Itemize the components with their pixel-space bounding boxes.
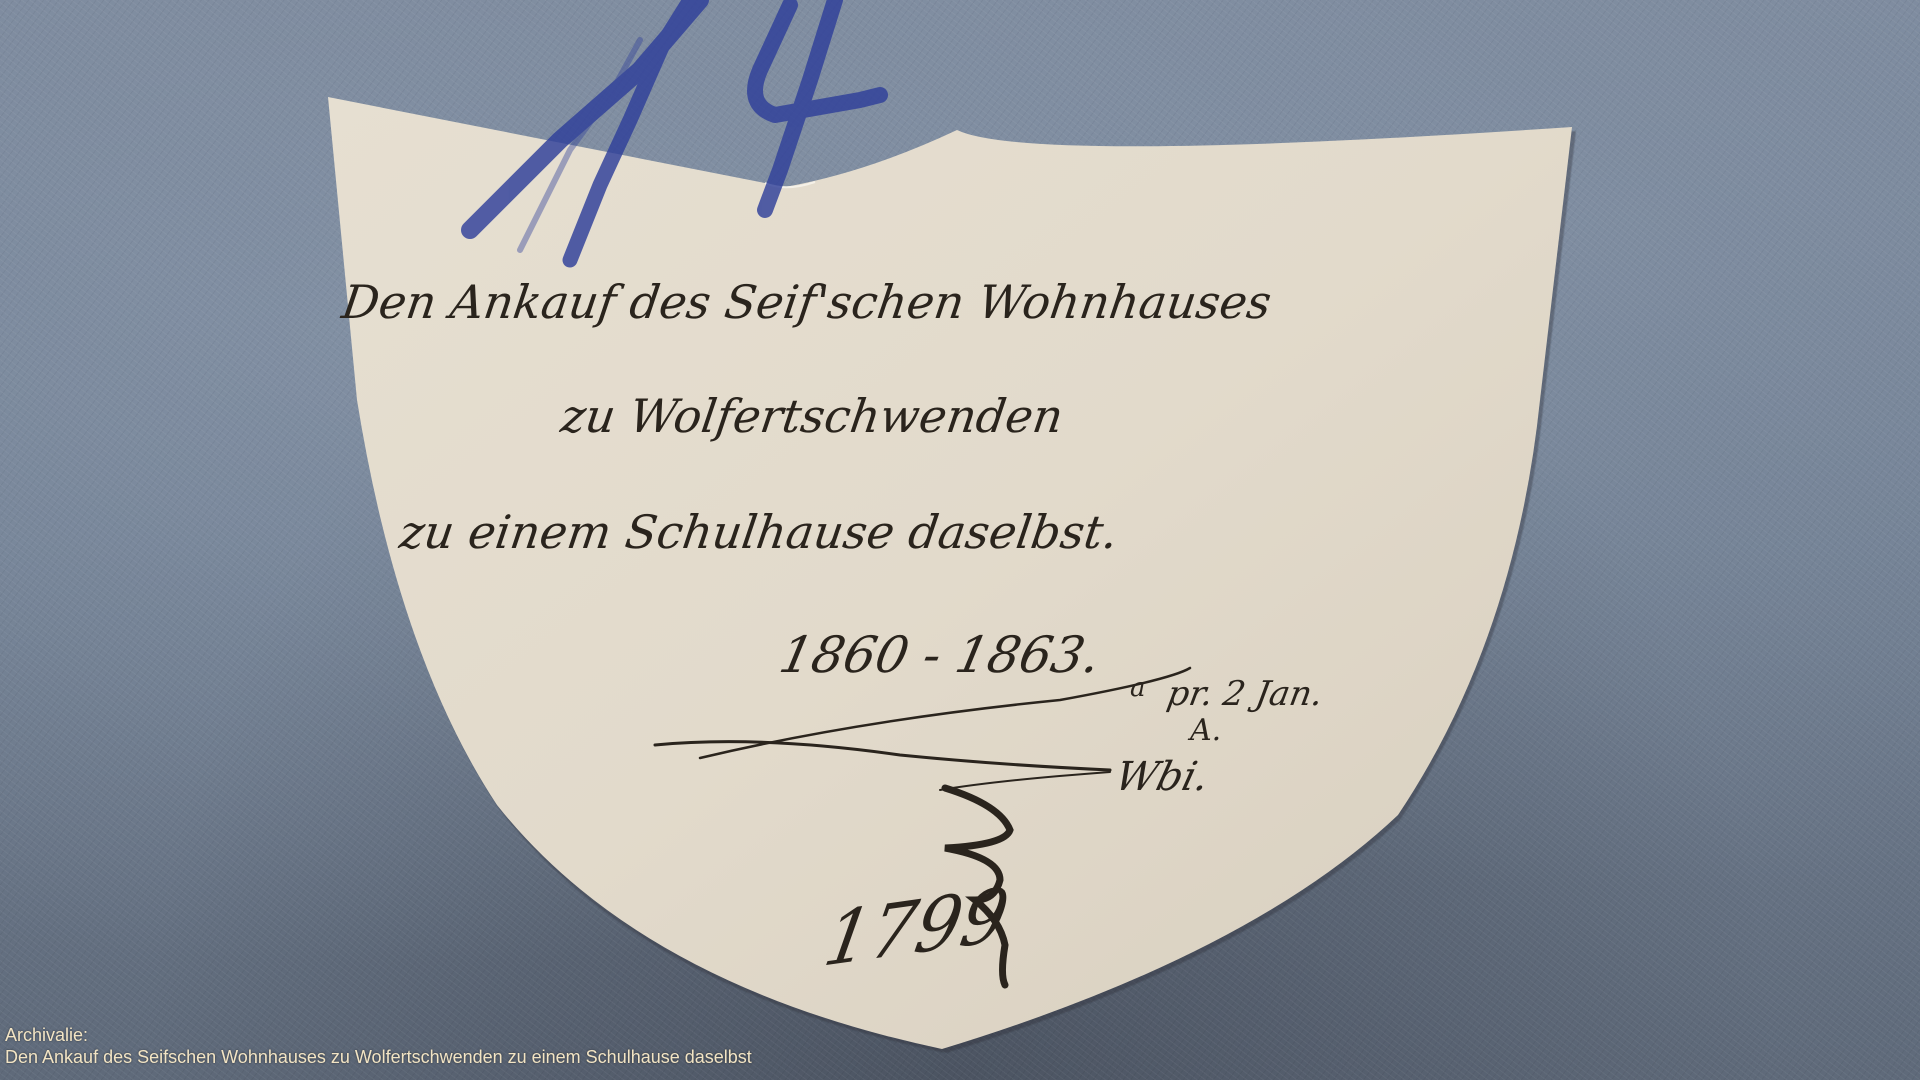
archival-label-photo: Den Ankauf des Seif'schen Wohnhauses zu … (0, 0, 1920, 1080)
date-range: 1860 - 1863. (775, 626, 1106, 684)
handwriting-line-3: zu einem Schulhause daselbst. (395, 505, 1121, 559)
annotation-a: a (1130, 673, 1146, 703)
initials: Wbi. (1111, 753, 1215, 800)
signature-mark: A. (1187, 713, 1221, 748)
handwriting-line-1: Den Ankauf des Seif'schen Wohnhauses (338, 275, 1275, 329)
caption-label: Archivalie: (5, 1024, 752, 1046)
image-caption: Archivalie: Den Ankauf des Seifschen Woh… (5, 1024, 752, 1068)
received-note: pr. 2 Jan. (1164, 674, 1326, 714)
caption-title: Den Ankauf des Seifschen Wohnhauses zu W… (5, 1046, 752, 1068)
handwriting-line-2: zu Wolfertschwenden (557, 389, 1067, 443)
